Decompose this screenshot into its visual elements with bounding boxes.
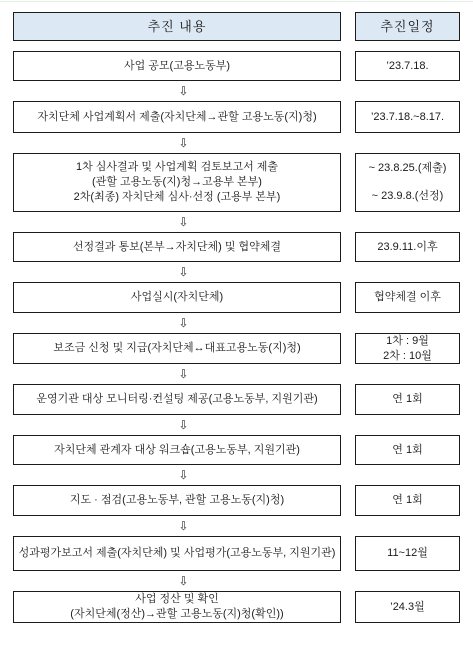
step-box-8: 자치단체 관계자 대상 워크숍(고용노동부, 지원기관) [13, 435, 341, 465]
flow-arrow-row-10: ⇩ [0, 571, 354, 591]
schedule-box-10: 11~12월 [355, 536, 460, 571]
step-row-1: 사업 공모(고용노동부) ’23.7.18. [0, 51, 473, 81]
step-row-2: 자치단체 사업계획서 제출(자치단체→관할 고용노동(지)청) ’23.7.18… [0, 101, 473, 133]
header-schedule: 추진일정 [355, 12, 460, 41]
step-row-4: 선정결과 통보(본부→자치단체) 및 협약체결 23.9.11.이후 [0, 232, 473, 262]
schedule-text: 연 1회 [392, 443, 422, 458]
step-text: 사업 정산 및 확인 [135, 592, 219, 607]
schedule-box-1: ’23.7.18. [355, 51, 460, 81]
step-text: 보조금 신청 및 지급(자치단체↔대표고용노동(지)청) [53, 341, 300, 356]
schedule-text: ’23.7.18. [386, 59, 428, 74]
step-box-2: 자치단체 사업계획서 제출(자치단체→관할 고용노동(지)청) [13, 101, 341, 133]
step-text: 운영기관 대상 모니터링·컨설팅 제공(고용노동부, 지원기관) [36, 392, 317, 407]
step-box-11: 사업 정산 및 확인 (자치단체(정산)→관할 고용노동(지)청(확인)) [13, 591, 341, 623]
step-box-6: 보조금 신청 및 지급(자치단체↔대표고용노동(지)청) [13, 333, 341, 364]
schedule-text: 23.9.11.이후 [377, 240, 437, 255]
step-box-1: 사업 공모(고용노동부) [13, 51, 341, 81]
schedule-box-5: 협약체결 이후 [355, 282, 460, 313]
step-box-10: 성과평가보고서 제출(자치단체) 및 사업평가(고용노동부, 지원기관) [13, 536, 341, 571]
schedule-text: ~ 23.9.8.(선정) [372, 189, 444, 204]
step-row-3: 1차 심사결과 및 사업계획 검토보고서 제출 (관할 고용노동(지)청→고용부… [0, 153, 473, 212]
top-divider [0, 1, 473, 2]
step-text: 자치단체 사업계획서 제출(자치단체→관할 고용노동(지)청) [37, 110, 316, 125]
step-text: 지도 · 점검(고용노동부, 관할 고용노동(지)청) [70, 493, 284, 508]
down-arrow-icon: ⇩ [178, 419, 188, 431]
schedule-text: 연 1회 [392, 493, 422, 508]
step-text: 성과평가보고서 제출(자치단체) 및 사업평가(고용노동부, 지원기관) [19, 546, 336, 561]
flow-arrow-row-4: ⇩ [0, 262, 354, 282]
schedule-text: 2차 : 10월 [383, 349, 432, 364]
step-box-4: 선정결과 통보(본부→자치단체) 및 협약체결 [13, 232, 341, 262]
schedule-text: ~ 23.8.25.(제출) [369, 161, 447, 176]
down-arrow-icon: ⇩ [178, 575, 188, 587]
schedule-box-8: 연 1회 [355, 435, 460, 465]
schedule-box-9: 연 1회 [355, 485, 460, 516]
flow-arrow-row-8: ⇩ [0, 465, 354, 485]
schedule-text: 11~12월 [387, 546, 428, 561]
step-box-5: 사업실시(자치단체) [13, 282, 341, 313]
schedule-text: 연 1회 [392, 392, 422, 407]
schedule-text: ’24.3월 [390, 600, 424, 615]
step-text: 사업실시(자치단체) [131, 290, 223, 305]
step-box-7: 운영기관 대상 모니터링·컨설팅 제공(고용노동부, 지원기관) [13, 384, 341, 415]
flow-arrow-row-6: ⇩ [0, 364, 354, 384]
step-box-3: 1차 심사결과 및 사업계획 검토보고서 제출 (관할 고용노동(지)청→고용부… [13, 153, 341, 212]
header-row: 추진 내용 추진일정 [0, 12, 473, 41]
schedule-box-3: ~ 23.8.25.(제출) ~ 23.9.8.(선정) [355, 153, 460, 212]
step-row-10: 성과평가보고서 제출(자치단체) 및 사업평가(고용노동부, 지원기관) 11~… [0, 536, 473, 571]
down-arrow-icon: ⇩ [178, 368, 188, 380]
step-text: 2차(최종) 자치단체 심사·선정 (고용부 본부) [74, 190, 281, 205]
schedule-box-4: 23.9.11.이후 [355, 232, 460, 262]
flow-arrow-row-3: ⇩ [0, 212, 354, 232]
step-row-11: 사업 정산 및 확인 (자치단체(정산)→관할 고용노동(지)청(확인)) ’2… [0, 591, 473, 623]
process-schedule-diagram: 추진 내용 추진일정 사업 공모(고용노동부) ’23.7.18. ⇩ 자치단체… [0, 0, 473, 649]
step-box-9: 지도 · 점검(고용노동부, 관할 고용노동(지)청) [13, 485, 341, 516]
step-row-9: 지도 · 점검(고용노동부, 관할 고용노동(지)청) 연 1회 [0, 485, 473, 516]
step-text: 사업 공모(고용노동부) [124, 59, 230, 74]
step-row-7: 운영기관 대상 모니터링·컨설팅 제공(고용노동부, 지원기관) 연 1회 [0, 384, 473, 415]
down-arrow-icon: ⇩ [178, 520, 188, 532]
down-arrow-icon: ⇩ [178, 317, 188, 329]
schedule-box-7: 연 1회 [355, 384, 460, 415]
step-row-5: 사업실시(자치단체) 협약체결 이후 [0, 282, 473, 313]
step-text: 선정결과 통보(본부→자치단체) 및 협약체결 [73, 240, 281, 255]
schedule-box-6: 1차 : 9월 2차 : 10월 [355, 333, 460, 364]
down-arrow-icon: ⇩ [178, 266, 188, 278]
header-content: 추진 내용 [13, 12, 341, 41]
header-content-label: 추진 내용 [148, 19, 207, 34]
step-row-6: 보조금 신청 및 지급(자치단체↔대표고용노동(지)청) 1차 : 9월 2차 … [0, 333, 473, 364]
header-schedule-label: 추진일정 [380, 19, 434, 34]
flow-arrow-row-1: ⇩ [0, 81, 354, 101]
flow-arrow-row-7: ⇩ [0, 415, 354, 435]
step-text: 1차 심사결과 및 사업계획 검토보고서 제출 [76, 160, 278, 175]
flow-arrow-row-5: ⇩ [0, 313, 354, 333]
step-text: (관할 고용노동(지)청→고용부 본부) [92, 175, 262, 190]
schedule-text: 협약체결 이후 [374, 290, 441, 305]
down-arrow-icon: ⇩ [178, 216, 188, 228]
down-arrow-icon: ⇩ [178, 137, 188, 149]
schedule-text: ’23.7.18.~8.17. [371, 110, 444, 125]
step-text: (자치단체(정산)→관할 고용노동(지)청(확인)) [70, 607, 283, 622]
down-arrow-icon: ⇩ [178, 469, 188, 481]
step-text: 자치단체 관계자 대상 워크숍(고용노동부, 지원기관) [54, 443, 300, 458]
schedule-box-2: ’23.7.18.~8.17. [355, 101, 460, 133]
step-row-8: 자치단체 관계자 대상 워크숍(고용노동부, 지원기관) 연 1회 [0, 435, 473, 465]
flow-arrow-row-9: ⇩ [0, 516, 354, 536]
schedule-box-11: ’24.3월 [355, 591, 460, 623]
down-arrow-icon: ⇩ [178, 85, 188, 97]
flow-arrow-row-2: ⇩ [0, 133, 354, 153]
header-gap [0, 41, 473, 51]
schedule-text: 1차 : 9월 [386, 334, 429, 349]
